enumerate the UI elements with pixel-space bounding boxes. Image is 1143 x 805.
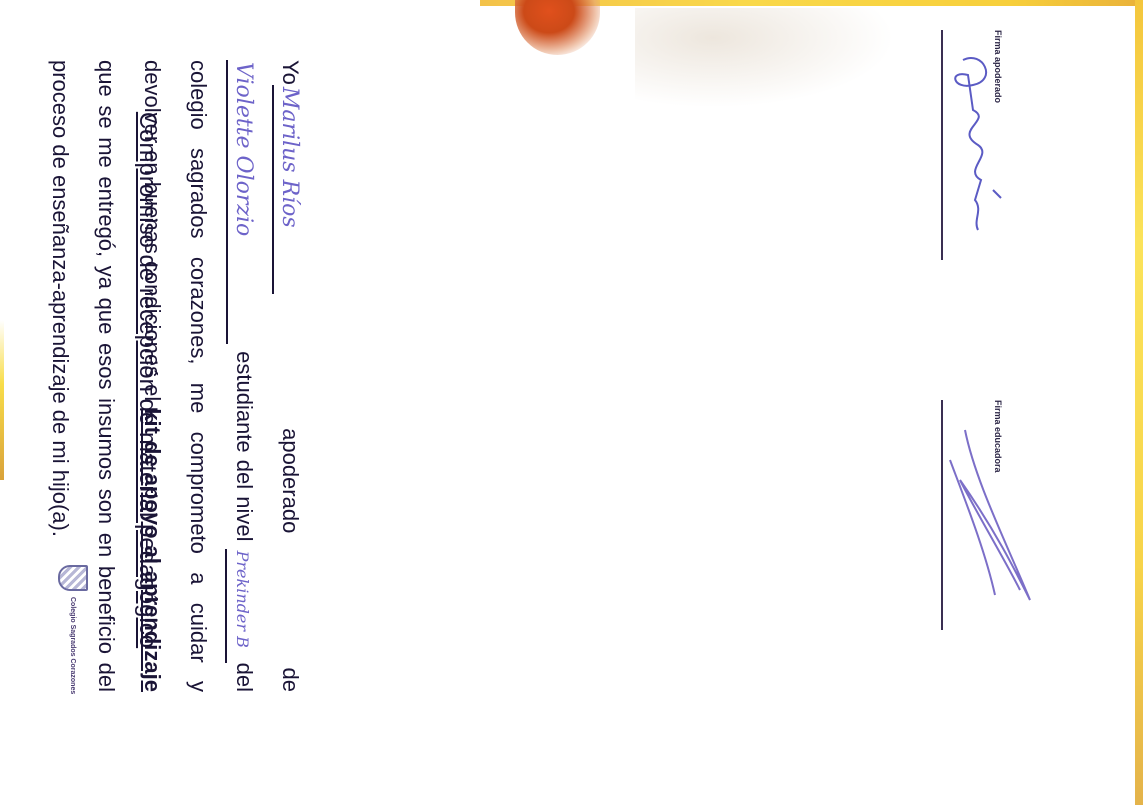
guardian-signature-icon <box>945 50 1003 240</box>
body-apoderado: apoderado de <box>278 428 303 692</box>
educator-signature-line <box>941 400 943 630</box>
educator-signature-icon <box>945 420 1035 610</box>
guardian-signature-block: Firma apoderado <box>941 30 1003 260</box>
body-estudiante: estudiante del nivel <box>232 351 257 541</box>
document-page: Colegio Sagrados Corazones Compromiso de… <box>0 0 1143 805</box>
guardian-signature-line <box>941 30 943 260</box>
handwritten-student-name: Violette Olorzio <box>226 60 258 344</box>
document-body: YoMarilus Ríos apoderado de Violette Olo… <box>37 60 313 692</box>
handwritten-level: Prekinder B <box>225 549 257 663</box>
handwritten-guardian-name: Marilus Ríos <box>272 85 304 294</box>
body-text-2: que se me entregó, ya que esos insumos s… <box>48 60 119 692</box>
kit-highlight: kit de apoyo al aprendizaje <box>140 408 165 692</box>
educator-signature-block: Firma educadora <box>941 400 1003 630</box>
body-yo: Yo <box>278 60 303 85</box>
